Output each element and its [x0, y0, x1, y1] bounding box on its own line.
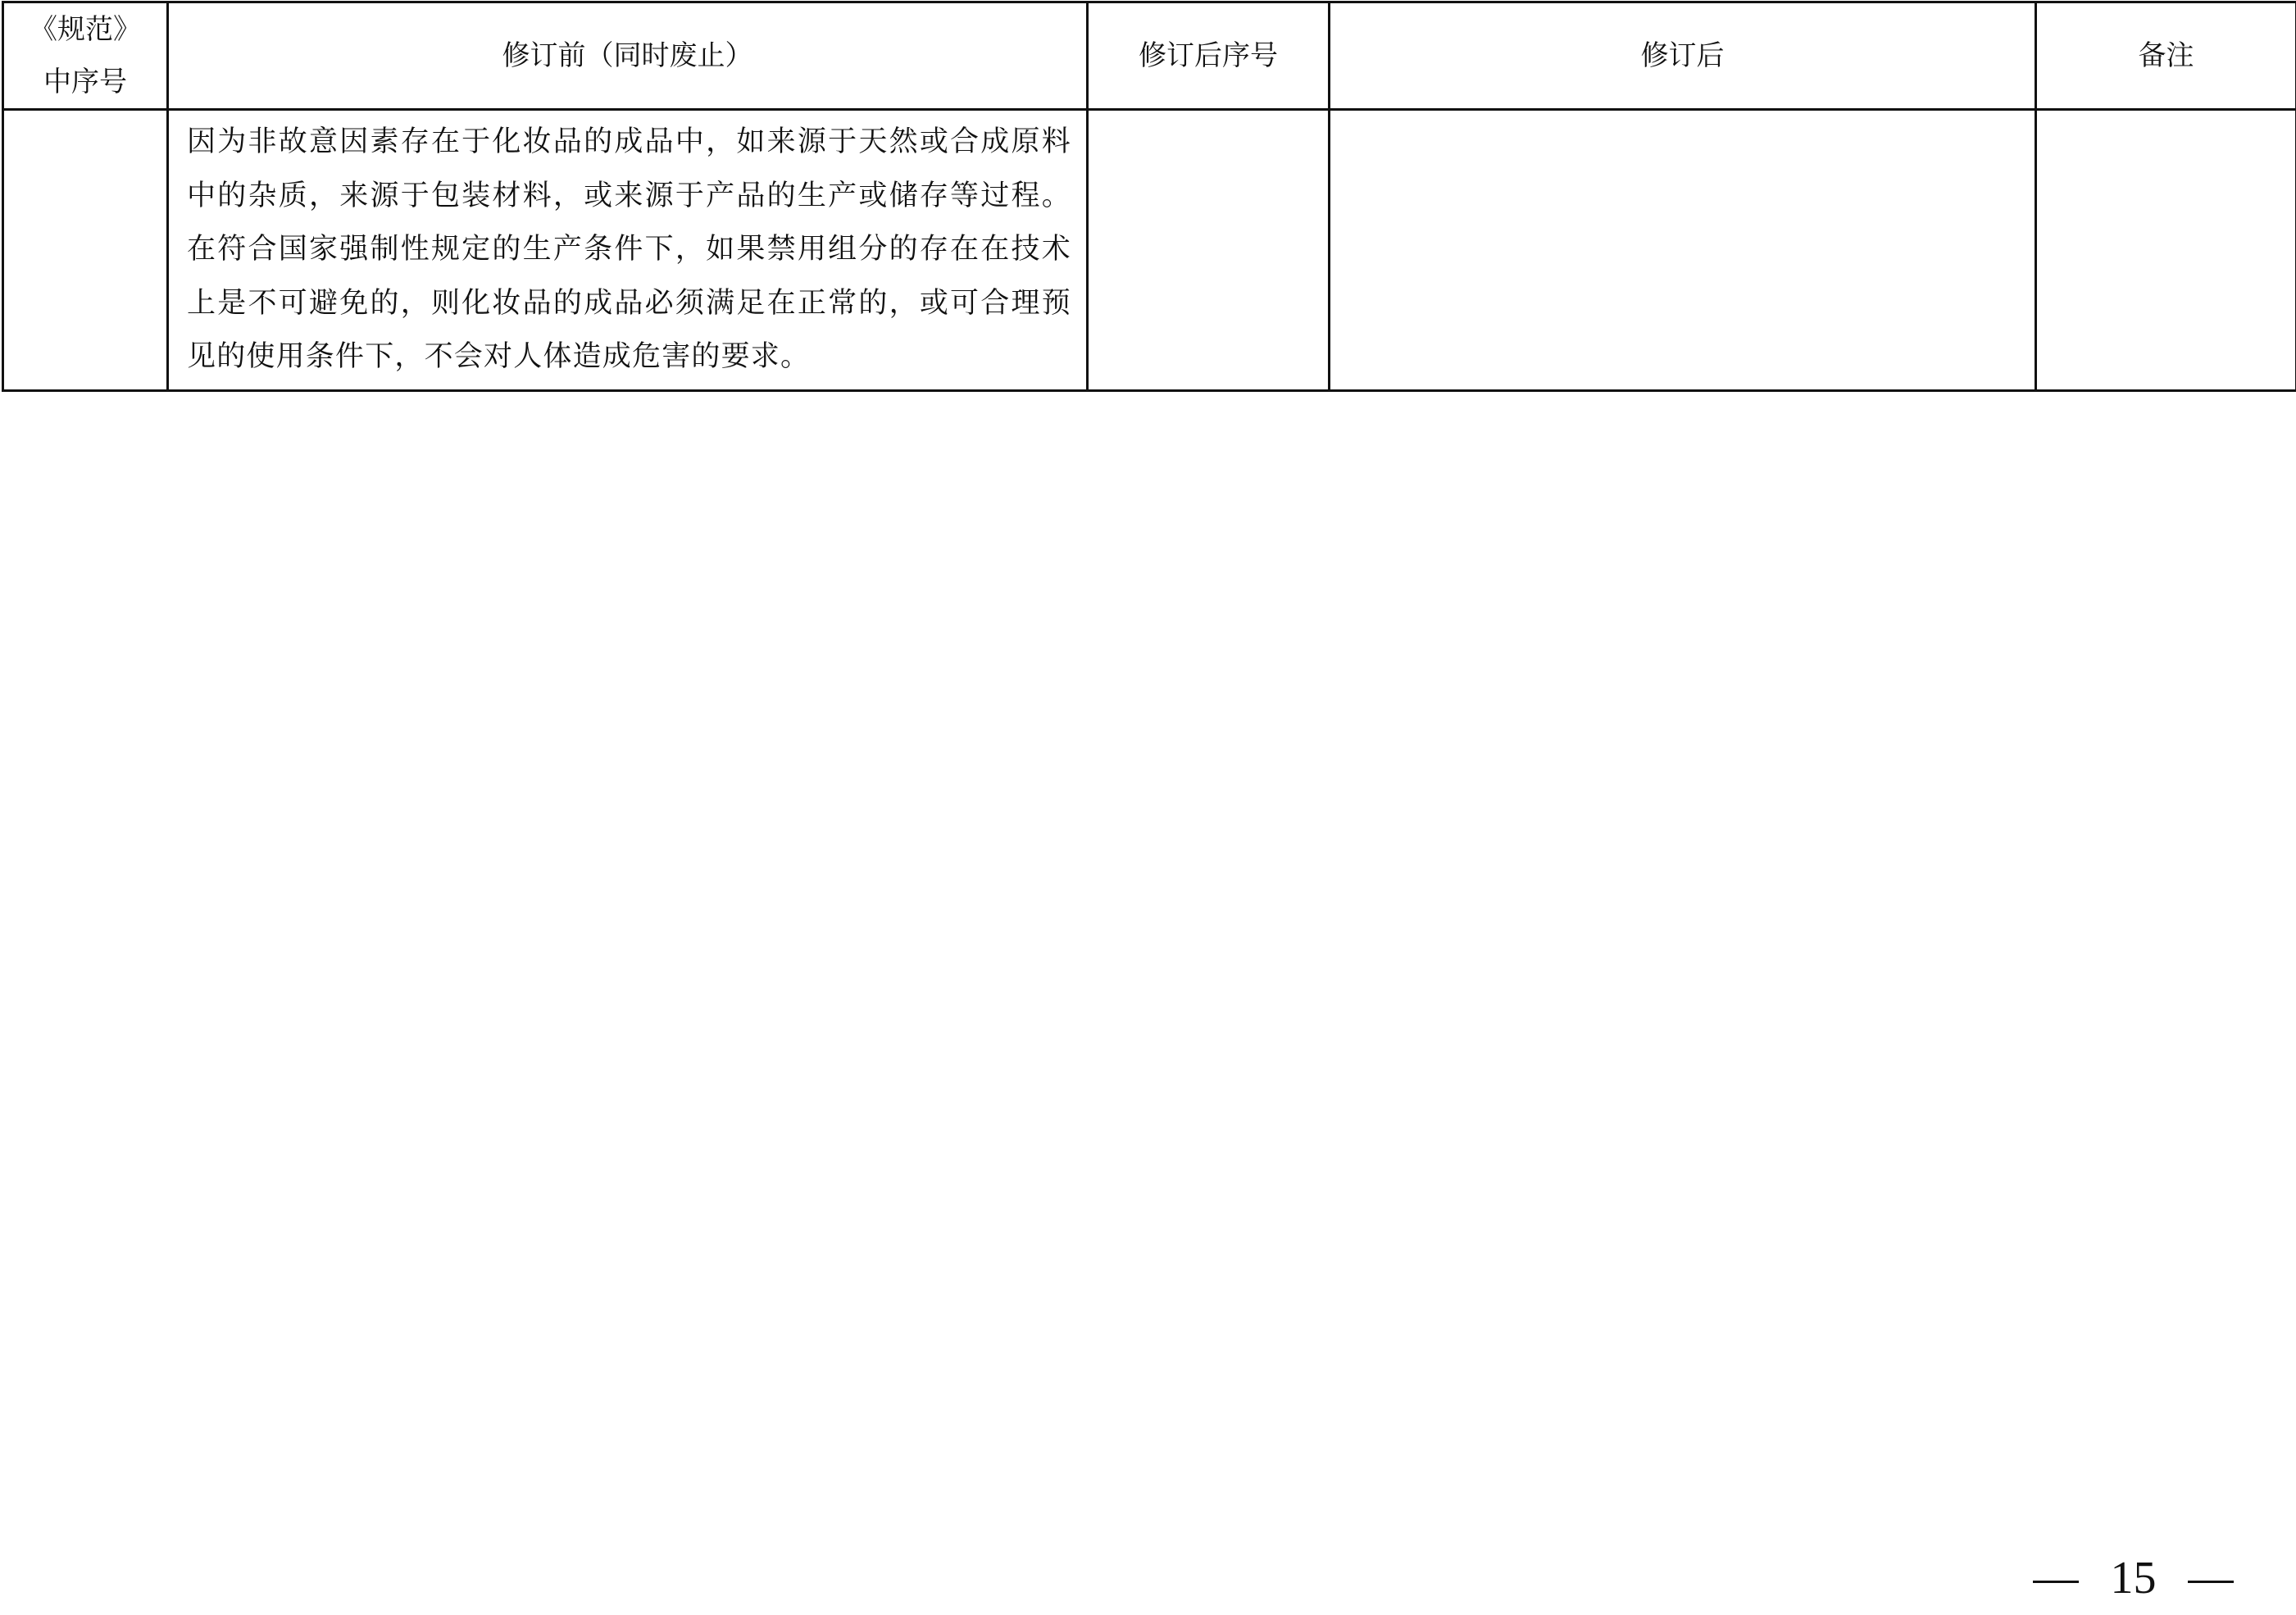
cell-after-revision [1330, 110, 2036, 391]
header-remarks: 备注 [2036, 2, 2296, 110]
page-number-right-dash [2188, 1581, 2234, 1583]
table-header-row: 《规范》 中序号 修订前（同时废止） 修订后序号 修订后 备注 [3, 2, 2296, 110]
header-original-seq-line1: 《规范》 [4, 3, 166, 56]
page-number-left-dash [2033, 1581, 2079, 1583]
header-original-seq-line2: 中序号 [4, 56, 166, 108]
document-page: 《规范》 中序号 修订前（同时废止） 修订后序号 修订后 备注 因为非故意因素存… [0, 0, 2296, 1615]
before-revision-text: 因为非故意因素存在于化妆品的成品中，如来源于天然或合成原料中的杂质，来源于包装材… [169, 111, 1086, 389]
cell-remarks [2036, 110, 2296, 391]
page-number-value: 15 [2111, 1552, 2157, 1604]
cell-original-seq [3, 110, 168, 391]
header-revised-seq: 修订后序号 [1088, 2, 1330, 110]
header-original-seq: 《规范》 中序号 [3, 2, 168, 110]
cell-before-revision: 因为非故意因素存在于化妆品的成品中，如来源于天然或合成原料中的杂质，来源于包装材… [168, 110, 1088, 391]
revision-comparison-table: 《规范》 中序号 修订前（同时废止） 修订后序号 修订后 备注 因为非故意因素存… [2, 1, 2296, 392]
table-row: 因为非故意因素存在于化妆品的成品中，如来源于天然或合成原料中的杂质，来源于包装材… [3, 110, 2296, 391]
cell-revised-seq [1088, 110, 1330, 391]
header-before-revision: 修订前（同时废止） [168, 2, 1088, 110]
page-number: 15 [2033, 1549, 2234, 1607]
header-after-revision: 修订后 [1330, 2, 2036, 110]
